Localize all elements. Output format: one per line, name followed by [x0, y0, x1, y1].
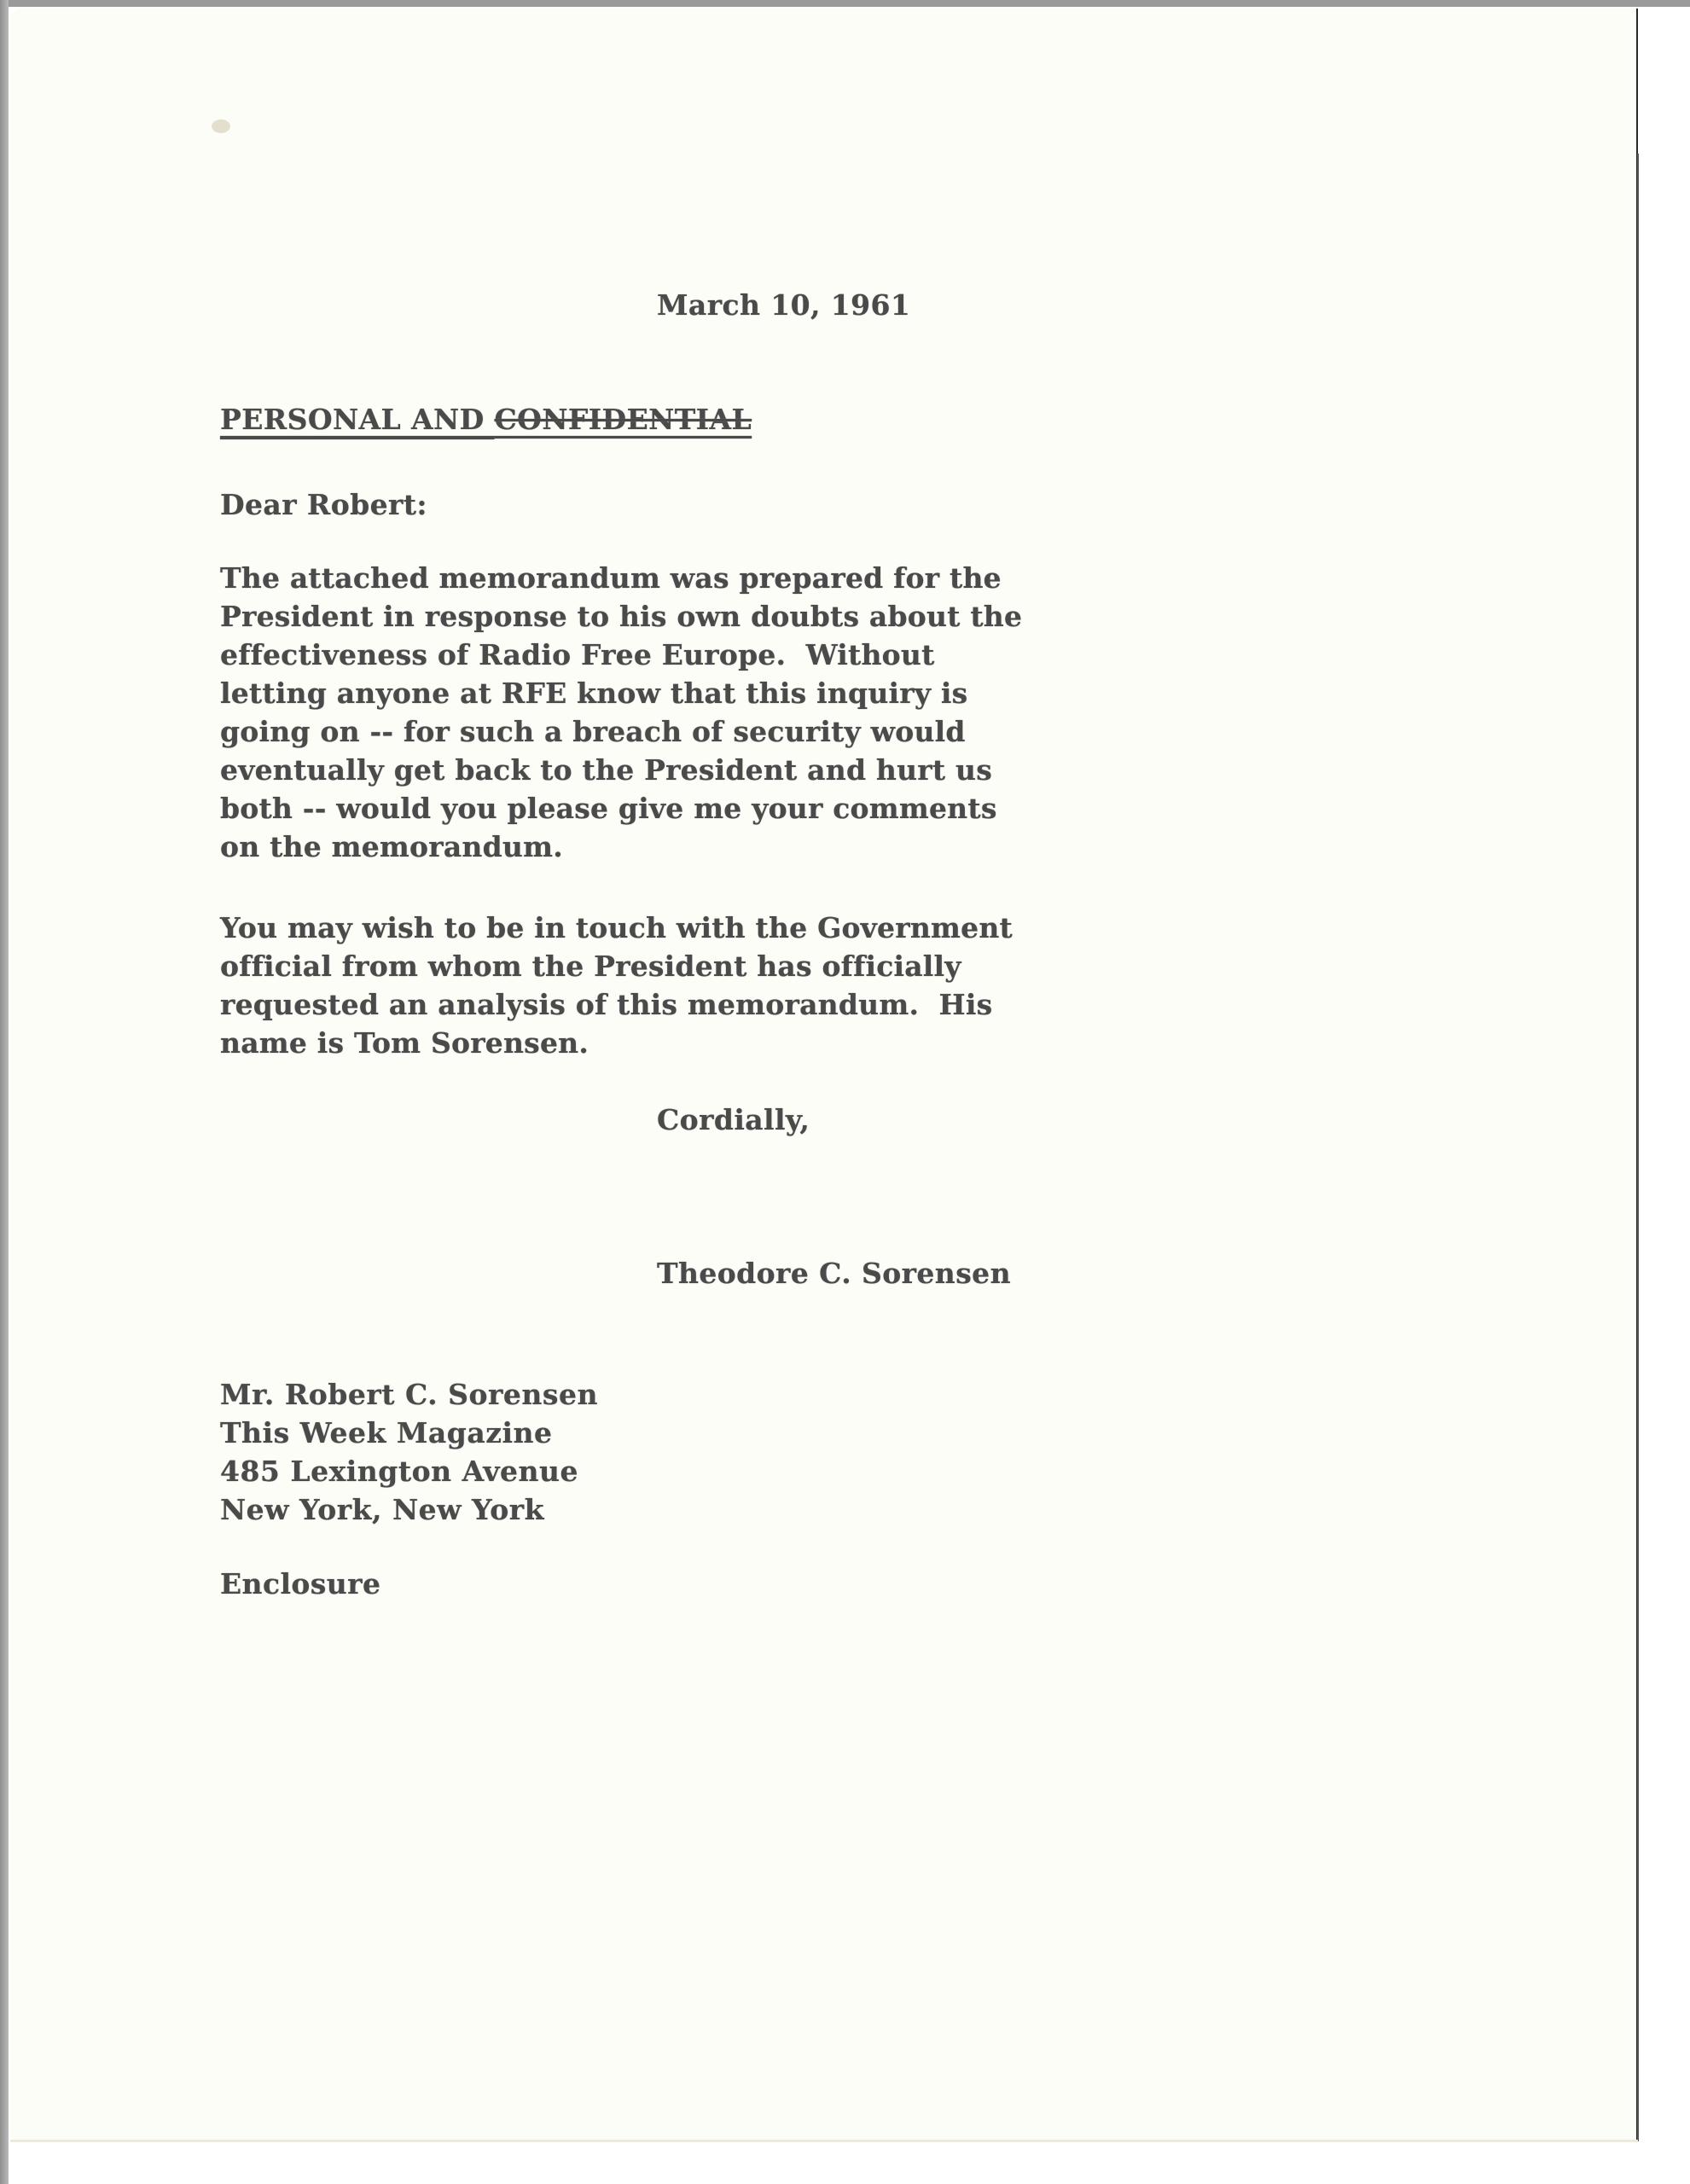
- letter-page: [10, 9, 1638, 2141]
- closing: Cordially,: [657, 1103, 810, 1136]
- paper-smudge: [212, 119, 230, 133]
- heading-struck-text: CONFIDENTIAL: [495, 403, 752, 436]
- body-paragraph-1: The attached memorandum was prepared for…: [220, 559, 1022, 866]
- address-line: 485 Lexington Avenue: [220, 1452, 598, 1490]
- address-line: Mr. Robert C. Sorensen: [220, 1375, 598, 1414]
- scanner-left-edge: [0, 0, 9, 2184]
- letter-date: March 10, 1961: [657, 288, 910, 322]
- paragraph-line: The attached memorandum was prepared for…: [220, 559, 1022, 597]
- paragraph-line: requested an analysis of this memorandum…: [220, 985, 1013, 1024]
- paragraph-line: You may wish to be in touch with the Gov…: [220, 909, 1013, 947]
- salutation: Dear Robert:: [220, 488, 427, 521]
- page-bottom-edge: [10, 2140, 1638, 2142]
- paragraph-line: eventually get back to the President and…: [220, 751, 1022, 789]
- paragraph-line: name is Tom Sorensen.: [220, 1024, 1013, 1062]
- paragraph-line: going on -- for such a breach of securit…: [220, 712, 1022, 751]
- paragraph-line: effectiveness of Radio Free Europe. With…: [220, 636, 1022, 674]
- signature-name: Theodore C. Sorensen: [657, 1257, 1011, 1290]
- paragraph-line: on the memorandum.: [220, 828, 1022, 866]
- paragraph-line: official from whom the President has off…: [220, 947, 1013, 985]
- enclosure-note: Enclosure: [220, 1567, 380, 1600]
- recipient-address: Mr. Robert C. Sorensen This Week Magazin…: [220, 1375, 598, 1529]
- address-line: New York, New York: [220, 1490, 598, 1529]
- heading-kept-text: PERSONAL AND: [220, 403, 495, 436]
- scanner-top-edge: [0, 0, 1690, 7]
- confidentiality-heading: PERSONAL AND CONFIDENTIAL: [220, 403, 752, 436]
- body-paragraph-2: You may wish to be in touch with the Gov…: [220, 909, 1013, 1062]
- address-line: This Week Magazine: [220, 1414, 598, 1452]
- page-right-edge: [1637, 154, 1639, 2141]
- paragraph-line: President in response to his own doubts …: [220, 597, 1022, 636]
- paragraph-line: both -- would you please give me your co…: [220, 789, 1022, 828]
- paragraph-line: letting anyone at RFE know that this inq…: [220, 674, 1022, 712]
